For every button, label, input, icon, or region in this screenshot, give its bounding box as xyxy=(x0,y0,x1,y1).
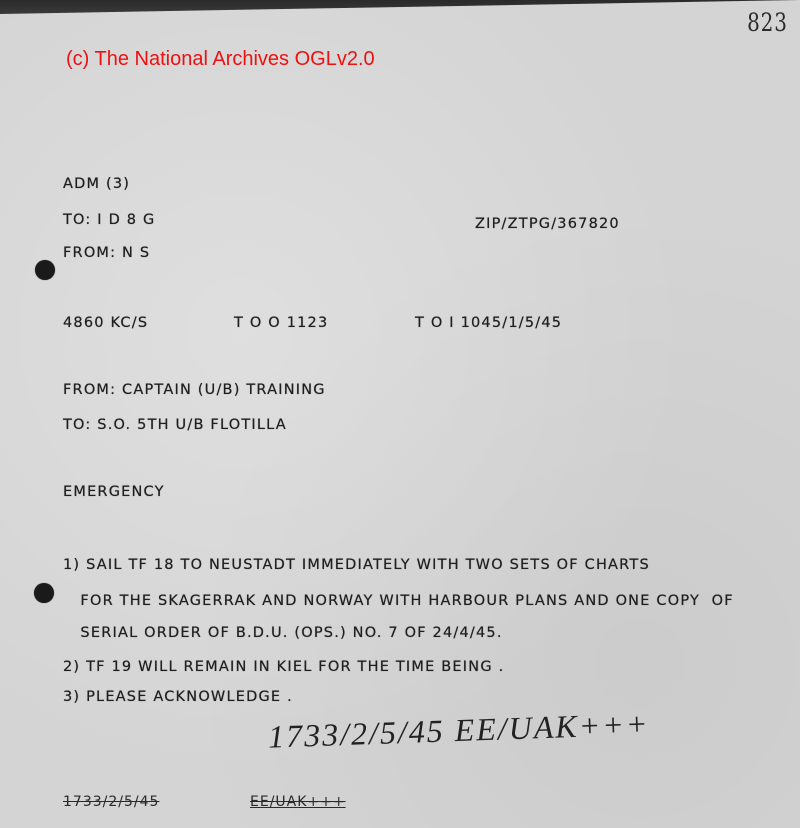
time-of-intercept: T O I 1045/1/5/45 xyxy=(415,315,562,331)
body-line: FOR THE SKAGERRAK AND NORWAY WITH HARBOU… xyxy=(63,593,734,609)
reference-number: ZIP/ZTPG/367820 xyxy=(475,216,620,232)
adm-line: ADM (3) xyxy=(63,176,130,192)
punch-hole xyxy=(35,260,55,280)
folio-number: 823 xyxy=(747,8,788,37)
priority-label: EMERGENCY xyxy=(63,484,165,500)
body-line: 3) PLEASE ACKNOWLEDGE . xyxy=(63,689,293,705)
time-of-origin: T O O 1123 xyxy=(234,315,328,331)
copyright-watermark: (c) The National Archives OGLv2.0 xyxy=(66,48,375,71)
body-line: 2) TF 19 WILL REMAIN IN KIEL FOR THE TIM… xyxy=(63,659,504,675)
struck-time-group: 1733/2/5/45 xyxy=(63,794,159,810)
routing-from: FROM: CAPTAIN (U/B) TRAINING xyxy=(63,382,326,398)
frequency: 4860 KC/S xyxy=(63,315,148,331)
body-line: 1) SAIL TF 18 TO NEUSTADT IMMEDIATELY WI… xyxy=(63,557,650,573)
from-address: FROM: N S xyxy=(63,245,150,261)
to-address: TO: I D 8 G xyxy=(63,212,155,228)
routing-to: TO: S.O. 5TH U/B FLOTILLA xyxy=(63,417,287,433)
body-line: SERIAL ORDER OF B.D.U. (OPS.) NO. 7 OF 2… xyxy=(63,625,503,641)
archive-page: 823 (c) The National Archives OGLv2.0 AD… xyxy=(0,0,800,828)
punch-hole xyxy=(34,583,54,603)
scan-edge-shadow xyxy=(0,0,800,14)
handwritten-annotation: 1733/2/5/45 EE/UAK+++ xyxy=(267,705,649,755)
struck-ack-group: EE/UAK+++ xyxy=(250,794,346,810)
